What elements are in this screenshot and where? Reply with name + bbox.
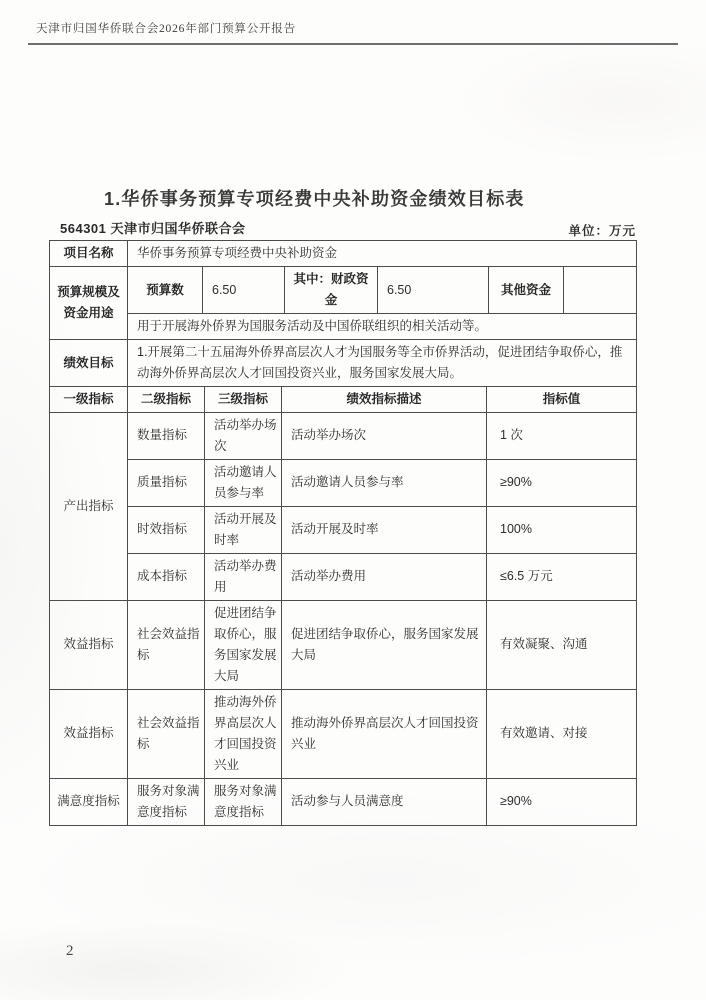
level1-benefit: 效益指标	[50, 600, 128, 689]
goal-label: 绩效目标	[50, 340, 128, 387]
level3-cell: 活动开展及时率	[205, 506, 282, 553]
level2-cell: 时效指标	[128, 506, 205, 553]
level3-cell: 活动举办费用	[205, 553, 282, 600]
budget-number-label: 预算数	[128, 267, 203, 314]
table-row: 满意度指标 服务对象满意度指标 服务对象满意度指标 活动参与人员满意度 ≥90%	[50, 778, 637, 825]
fiscal-fund-label: 其中：财政资金	[285, 267, 378, 314]
scale-usage-label: 预算规模及资金用途	[50, 267, 128, 340]
value-cell: ≥90%	[487, 778, 637, 825]
value-cell: 1 次	[487, 412, 637, 459]
header-value: 指标值	[487, 386, 637, 412]
value-cell: 有效凝聚、沟通	[487, 600, 637, 689]
document-page: 天津市归国华侨联合会2026年部门预算公开报告 1.华侨事务预算专项经费中央补助…	[0, 0, 706, 1000]
report-header: 天津市归国华侨联合会2026年部门预算公开报告	[36, 20, 296, 36]
performance-target-table: 项目名称 华侨事务预算专项经费中央补助资金 预算规模及资金用途 预算数 6.50…	[49, 240, 636, 826]
level1-satisfaction: 满意度指标	[50, 778, 128, 825]
table-row: 成本指标 活动举办费用 活动举办费用 ≤6.5 万元	[50, 553, 637, 600]
page-number: 2	[66, 943, 74, 960]
value-cell: 有效邀请、对接	[487, 689, 637, 778]
level1-output: 产出指标	[50, 412, 128, 600]
desc-cell: 活动参与人员满意度	[282, 778, 487, 825]
other-fund-value	[564, 267, 637, 314]
budget-number-value: 6.50	[203, 267, 285, 314]
budget-summary-table: 项目名称 华侨事务预算专项经费中央补助资金 预算规模及资金用途 预算数 6.50…	[49, 240, 637, 387]
desc-cell: 促进团结争取侨心，服务国家发展大局	[282, 600, 487, 689]
desc-cell: 活动开展及时率	[282, 506, 487, 553]
level3-cell: 促进团结争取侨心，服务国家发展大局	[205, 600, 282, 689]
level2-cell: 社会效益指标	[128, 689, 205, 778]
desc-cell: 推动海外侨界高层次人才回国投资兴业	[282, 689, 487, 778]
level3-cell: 推动海外侨界高层次人才回国投资兴业	[205, 689, 282, 778]
header-level3: 三级指标	[205, 386, 282, 412]
desc-cell: 活动邀请人员参与率	[282, 459, 487, 506]
goal-text: 1.开展第二十五届海外侨界高层次人才为国服务等全市侨界活动，促进团结争取侨心，推…	[128, 340, 637, 387]
table-row: 效益指标 社会效益指标 促进团结争取侨心，服务国家发展大局 促进团结争取侨心，服…	[50, 600, 637, 689]
table-row: 用于开展海外侨界为国服务活动及中国侨联组织的相关活动等。	[50, 314, 637, 340]
value-cell: ≥90%	[487, 459, 637, 506]
level3-cell: 服务对象满意度指标	[205, 778, 282, 825]
table-row: 绩效目标 1.开展第二十五届海外侨界高层次人才为国服务等全市侨界活动，促进团结争…	[50, 340, 637, 387]
level2-cell: 社会效益指标	[128, 600, 205, 689]
page-title: 1.华侨事务预算专项经费中央补助资金绩效目标表	[104, 185, 525, 211]
level2-cell: 成本指标	[128, 553, 205, 600]
other-fund-label: 其他资金	[489, 267, 564, 314]
level3-cell: 活动邀请人员参与率	[205, 459, 282, 506]
level1-benefit: 效益指标	[50, 689, 128, 778]
table-row: 项目名称 华侨事务预算专项经费中央补助资金	[50, 241, 637, 267]
level3-cell: 活动举办场次	[205, 412, 282, 459]
value-cell: 100%	[487, 506, 637, 553]
header-level1: 一级指标	[50, 386, 128, 412]
value-cell: ≤6.5 万元	[487, 553, 637, 600]
desc-cell: 活动举办费用	[282, 553, 487, 600]
level2-cell: 数量指标	[128, 412, 205, 459]
project-name-value: 华侨事务预算专项经费中央补助资金	[128, 241, 637, 267]
indicator-header-row: 一级指标 二级指标 三级指标 绩效指标描述 指标值	[50, 386, 637, 412]
level2-cell: 服务对象满意度指标	[128, 778, 205, 825]
desc-cell: 活动举办场次	[282, 412, 487, 459]
unit-label: 单位：万元	[568, 221, 636, 239]
table-row: 质量指标 活动邀请人员参与率 活动邀请人员参与率 ≥90%	[50, 459, 637, 506]
header-divider-rule	[28, 43, 678, 45]
fiscal-fund-value: 6.50	[378, 267, 489, 314]
table-row: 时效指标 活动开展及时率 活动开展及时率 100%	[50, 506, 637, 553]
project-name-label: 项目名称	[50, 241, 128, 267]
org-code-name: 564301 天津市归国华侨联合会	[60, 218, 246, 237]
header-desc: 绩效指标描述	[282, 386, 487, 412]
usage-text: 用于开展海外侨界为国服务活动及中国侨联组织的相关活动等。	[128, 314, 637, 340]
header-level2: 二级指标	[128, 386, 205, 412]
level2-cell: 质量指标	[128, 459, 205, 506]
table-row: 预算规模及资金用途 预算数 6.50 其中：财政资金 6.50 其他资金	[50, 267, 637, 314]
indicator-table: 一级指标 二级指标 三级指标 绩效指标描述 指标值 产出指标 数量指标 活动举办…	[49, 386, 637, 826]
table-row: 效益指标 社会效益指标 推动海外侨界高层次人才回国投资兴业 推动海外侨界高层次人…	[50, 689, 637, 778]
table-row: 产出指标 数量指标 活动举办场次 活动举办场次 1 次	[50, 412, 637, 459]
